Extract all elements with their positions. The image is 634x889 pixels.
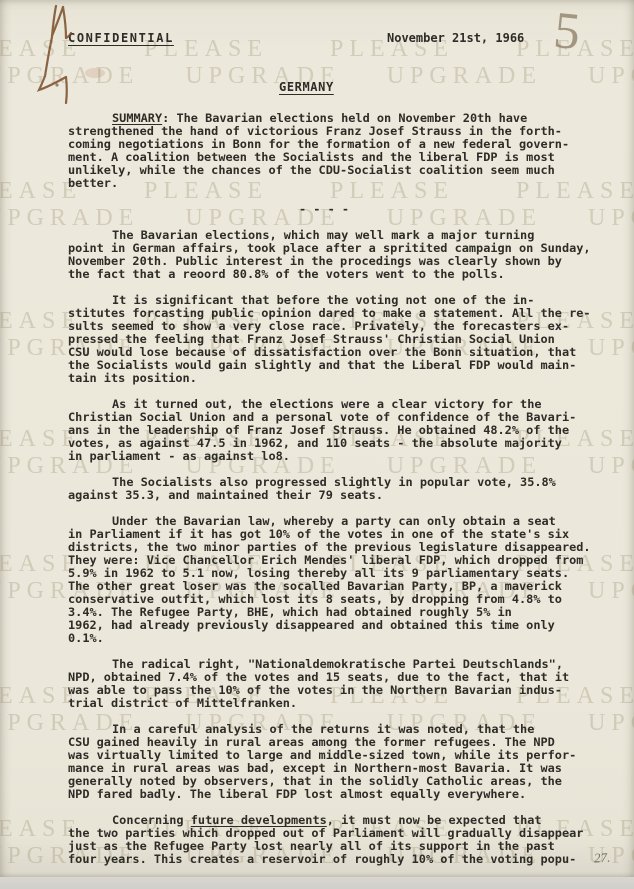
- text-segment: They were: Vice Chancellor Erich Mendes'…: [68, 553, 583, 567]
- text-segment: It is significant that before the voting…: [112, 293, 534, 307]
- handwritten-pencil-note: 5: [551, 1, 583, 62]
- text-segment: ment. A coalition between the Socialists…: [68, 150, 555, 164]
- text-segment: votes, as against 47.5 in 1962, and 110 …: [68, 436, 562, 450]
- document-date: November 21st, 1966: [387, 31, 524, 45]
- text-segment: unlikely, while the chances of the CDU-S…: [68, 163, 555, 177]
- text-segment: NPD fared badly. The liberal FDP lost al…: [68, 787, 526, 801]
- text-segment: : The Bavarian elections held on Novembe…: [162, 111, 527, 125]
- text-line: the fact that a reoord 80.8% of the vote…: [68, 268, 580, 281]
- paragraph: The radical right, "Nationaldemokratisch…: [68, 658, 580, 710]
- text-segment: tain its position.: [68, 371, 197, 385]
- text-segment: districts, the two minor parties of the …: [68, 540, 591, 554]
- text-segment: 1962, had already previously disappeared…: [68, 618, 555, 632]
- text-segment: sults seemed to show a very close race. …: [68, 319, 569, 333]
- ink-scribble: [39, 6, 71, 103]
- ink-dot: [55, 83, 58, 86]
- paragraph: Concerning future developments, it must …: [68, 814, 580, 866]
- paragraph: As it turned out, the elections were a c…: [68, 398, 580, 463]
- text-line: 0.1%.: [68, 632, 580, 645]
- text-segment: was able to pass the 10% of the votes in…: [68, 683, 562, 697]
- text-line: NPD fared badly. The liberal FDP lost al…: [68, 788, 580, 801]
- text-segment: In a careful analysis of the returns it …: [112, 722, 534, 736]
- text-line: four years. This creates a reservoir of …: [68, 853, 580, 866]
- text-line: unlikely, while the chances of the CDU-S…: [68, 164, 580, 177]
- text-segment: conservative outfit, which lost its 8 se…: [68, 592, 562, 606]
- text-segment: 3.4%. The Refugee Party, BHE, which had …: [68, 605, 512, 619]
- text-segment: Christian Social Union and a personal vo…: [68, 410, 576, 424]
- text-segment: the two parties which dropped out of Par…: [68, 826, 583, 840]
- text-segment: better.: [68, 176, 118, 190]
- text-segment: The radical right, "Nationaldemokratisch…: [112, 657, 563, 671]
- ink-blot: [85, 68, 105, 78]
- text-segment: trial district of Mittelfranken.: [68, 696, 297, 710]
- text-segment: four years. This creates a reservoir of …: [68, 852, 576, 866]
- text-segment: against 35.3, and maintained their 79 se…: [68, 488, 383, 502]
- text-segment: , it must now be expected that: [327, 813, 542, 827]
- text-line: in parliament - as against lo8.: [68, 450, 580, 463]
- text-segment: stitutes forcasting public opinion dared…: [68, 306, 591, 320]
- document-title: GERMANY: [279, 80, 334, 94]
- text-segment: coming negotiations in Bonn for the form…: [68, 137, 569, 151]
- underlined-text: SUMMARY: [112, 111, 162, 125]
- handwritten-page-number: 27.: [594, 850, 611, 867]
- text-segment: mance in rural areas was bad, except in …: [68, 761, 562, 775]
- text-segment: strengthened the hand of victorious Fran…: [68, 124, 562, 138]
- text-line: tain its position.: [68, 372, 580, 385]
- text-segment: The other great loser was the socalled B…: [68, 579, 562, 593]
- text-line: - - - -: [68, 203, 580, 216]
- text-segment: the fact that a reoord 80.8% of the vote…: [68, 267, 505, 281]
- text-segment: pressed the feeling that Franz Josef Str…: [68, 332, 555, 346]
- text-segment: point in German affairs, took place afte…: [68, 241, 591, 255]
- scanned-document-page: PLEASE PLEASE PLEASE PLEASE PLEASE UPGRA…: [0, 0, 634, 889]
- text-segment: As it turned out, the elections were a c…: [112, 397, 542, 411]
- text-segment: Under the Bavarian law, whereby a party …: [112, 514, 556, 528]
- text-segment: Concerning: [112, 813, 191, 827]
- text-segment: generally noted by observers, that in th…: [68, 774, 562, 788]
- text-segment: ans in the leadership of Franz Josef Str…: [68, 423, 569, 437]
- text-line: 1962, had already previously disappeared…: [68, 619, 580, 632]
- paragraph: In a careful analysis of the returns it …: [68, 723, 580, 801]
- text-line: trial district of Mittelfranken.: [68, 697, 580, 710]
- text-segment: CSU gained heavily in rural areas among …: [68, 735, 555, 749]
- text-segment: The Bavarian elections, which may well m…: [112, 228, 534, 242]
- text-segment: The Socialists also progressed slightly …: [112, 475, 556, 489]
- text-segment: just as the Refugee Party lost nearly al…: [68, 839, 555, 853]
- classification-stamp: CONFIDENTIAL: [68, 31, 174, 45]
- text-segment: - - - -: [299, 202, 349, 216]
- paragraph: The Socialists also progressed slightly …: [68, 476, 580, 502]
- text-segment: November 20th. Public interest in the pr…: [68, 254, 562, 268]
- text-segment: 5.9% in 1962 to 5.1 now, losing thereby …: [68, 566, 569, 580]
- document-body: SUMMARY: The Bavarian elections held on …: [68, 112, 580, 879]
- text-segment: 0.1%.: [68, 631, 104, 645]
- text-segment: the Socialists would gain slightly and t…: [68, 358, 576, 372]
- paragraph: Under the Bavarian law, whereby a party …: [68, 515, 580, 645]
- paragraph: The Bavarian elections, which may well m…: [68, 229, 580, 281]
- paragraph: SUMMARY: The Bavarian elections held on …: [68, 112, 580, 190]
- text-line: against 35.3, and maintained their 79 se…: [68, 489, 580, 502]
- section-separator: - - - -: [68, 203, 580, 216]
- paragraph: It is significant that before the voting…: [68, 294, 580, 385]
- scanner-edge: [0, 877, 634, 889]
- text-segment: was virtually limited to large and middl…: [68, 748, 576, 762]
- text-segment: in Parliament if it has got 10% of the v…: [68, 527, 569, 541]
- text-segment: NPD, obtained 7.4% of the votes and 15 s…: [68, 670, 569, 684]
- text-segment: in parliament - as against lo8.: [68, 449, 290, 463]
- text-segment: CSU would lose because of dissatisfactio…: [68, 345, 576, 359]
- underlined-text: future developments: [191, 813, 327, 827]
- text-line: better.: [68, 177, 580, 190]
